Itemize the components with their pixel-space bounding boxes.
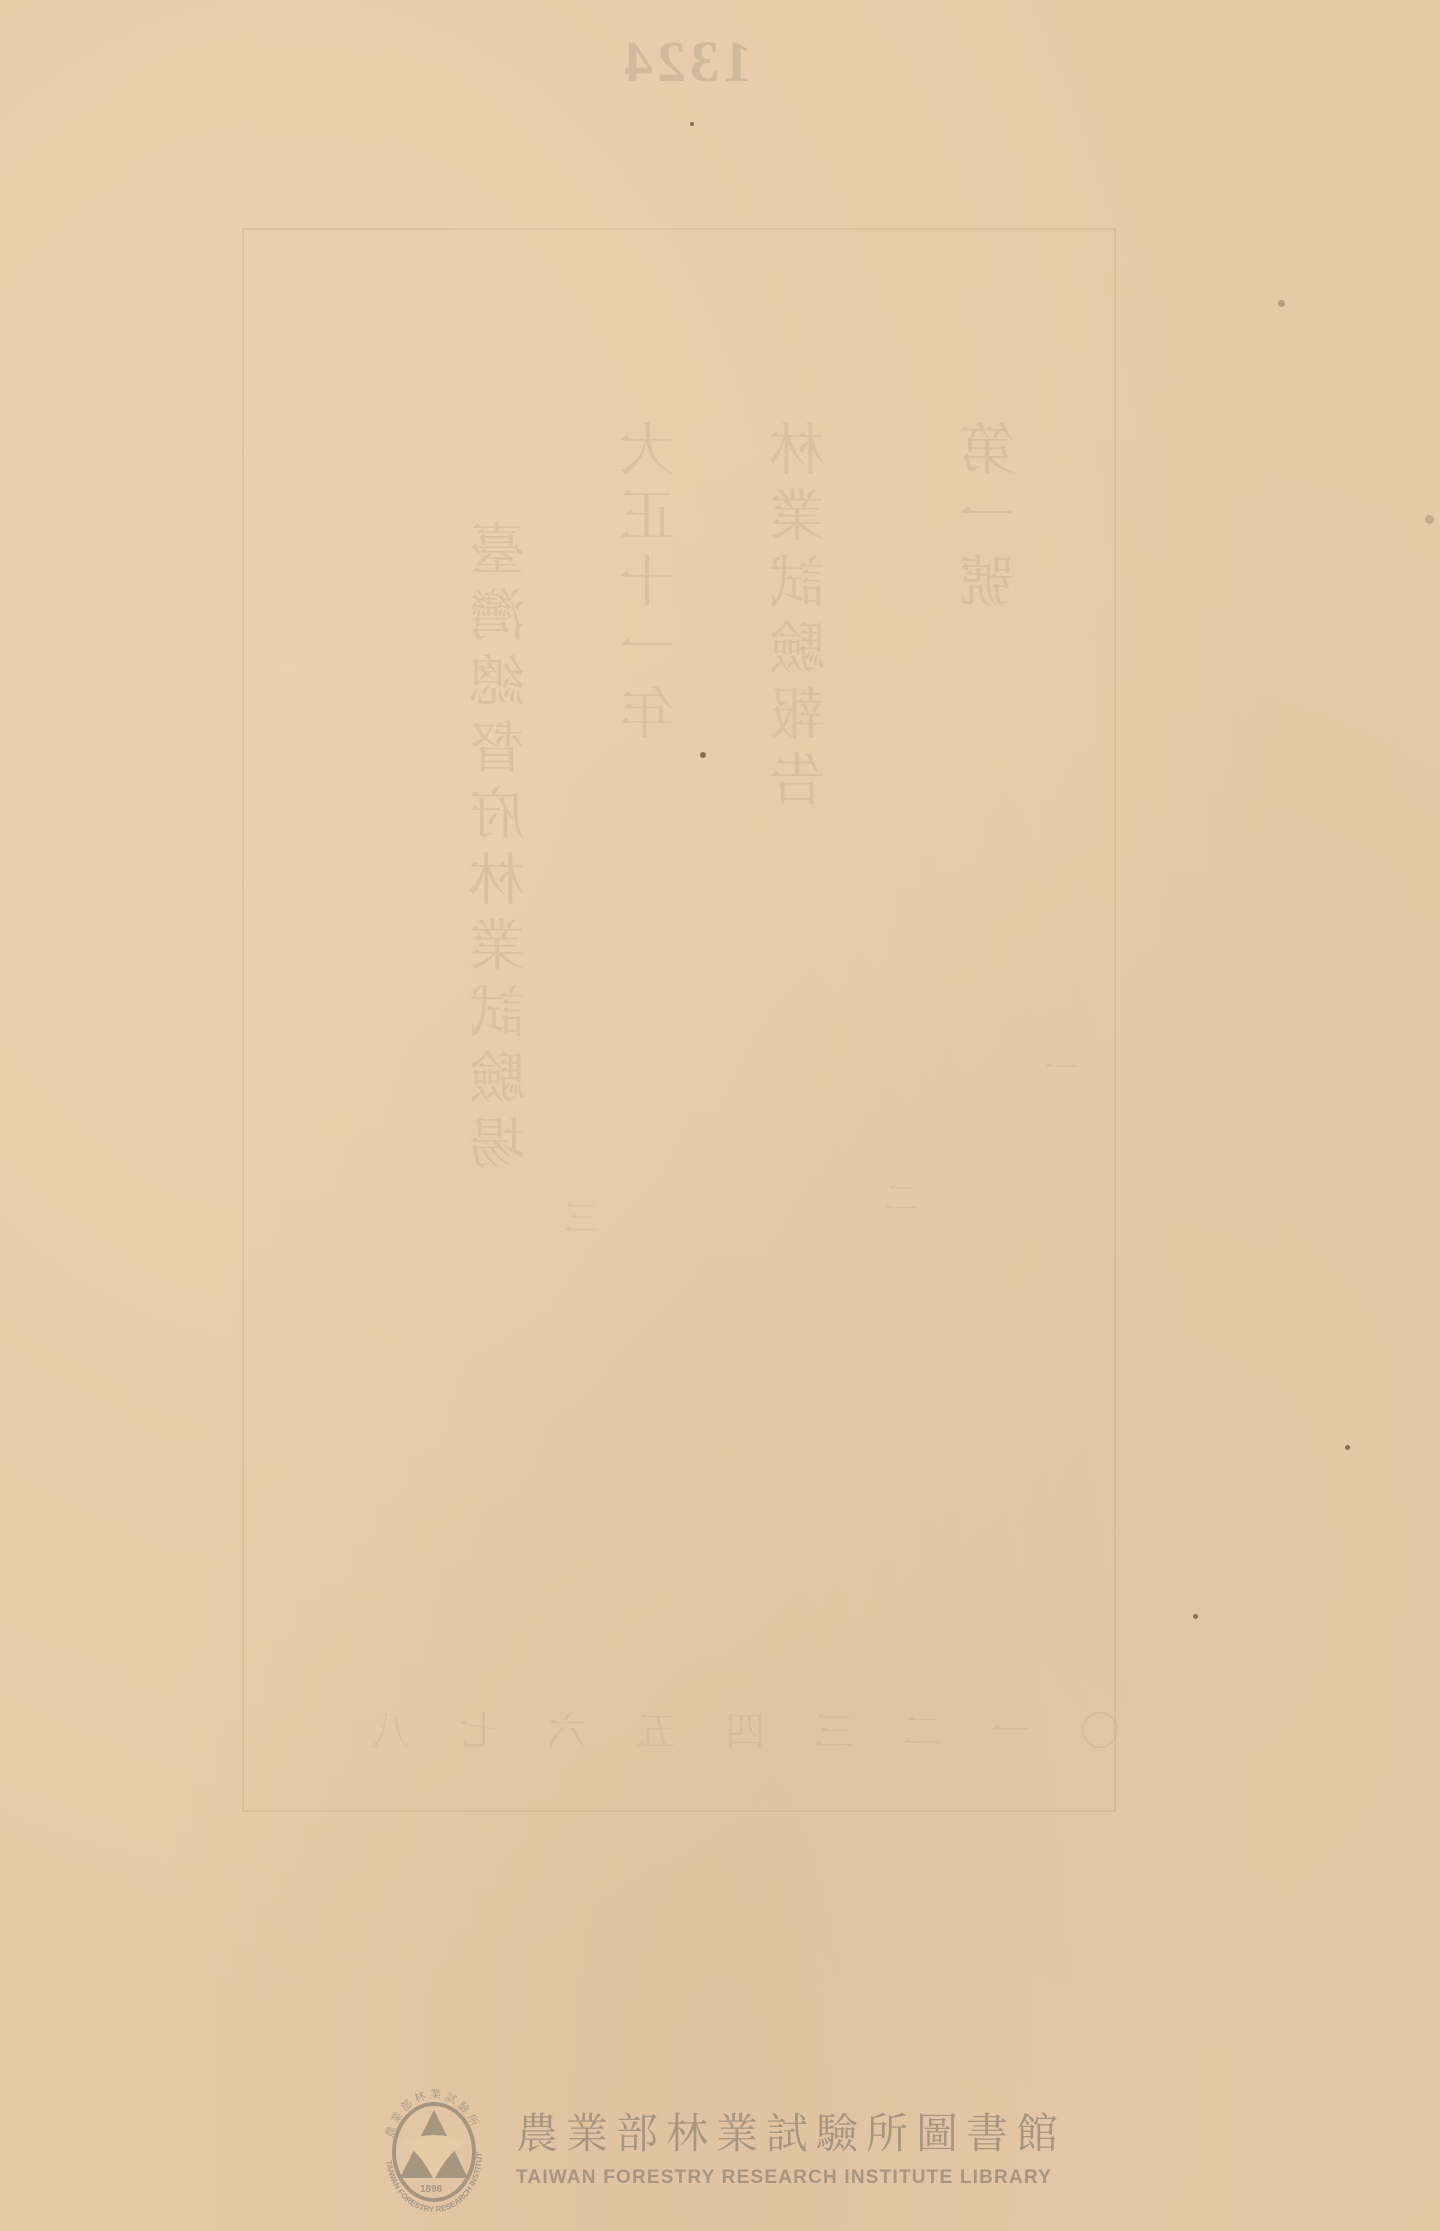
institute-emblem-icon: 農 業 部 林 業 試 驗 所 TAIWAN FORESTRY RESEARCH… xyxy=(378,2080,490,2220)
library-name-chinese: 農業部林業試驗所圖書館 xyxy=(516,2111,1066,2157)
paper-speck xyxy=(690,122,694,126)
bleed-through-numeral-row: 〇 一 二 三 四 五 六 七 八 xyxy=(240,1700,1120,1757)
paper-speck xyxy=(1278,300,1285,307)
svg-text:1896: 1896 xyxy=(420,2184,443,2195)
bleed-through-text-column: 大正十一年 xyxy=(620,420,684,750)
bleed-through-text-column: 臺灣總督府林業試驗場 xyxy=(470,520,534,1180)
paper-speck xyxy=(700,752,706,758)
bleed-through-small-column: 二 xyxy=(880,1180,929,1226)
paper-speck xyxy=(1425,515,1434,524)
bleed-through-text-column: 林業試驗報告 xyxy=(770,420,834,816)
library-watermark: 農 業 部 林 業 試 驗 所 TAIWAN FORESTRY RESEARCH… xyxy=(378,2080,1066,2220)
bleed-through-page-number: 1324 xyxy=(620,28,752,95)
paper-speck xyxy=(1193,1614,1198,1619)
bleed-through-small-column: 三 xyxy=(560,1200,609,1246)
bleed-through-text-column: 第一號 xyxy=(960,420,1024,618)
paper-speck xyxy=(1345,1445,1350,1450)
library-name-english: TAIWAN FORESTRY RESEARCH INSTITUTE LIBRA… xyxy=(516,2167,1066,2189)
bleed-through-small-column: 一 xyxy=(1040,1050,1089,1096)
